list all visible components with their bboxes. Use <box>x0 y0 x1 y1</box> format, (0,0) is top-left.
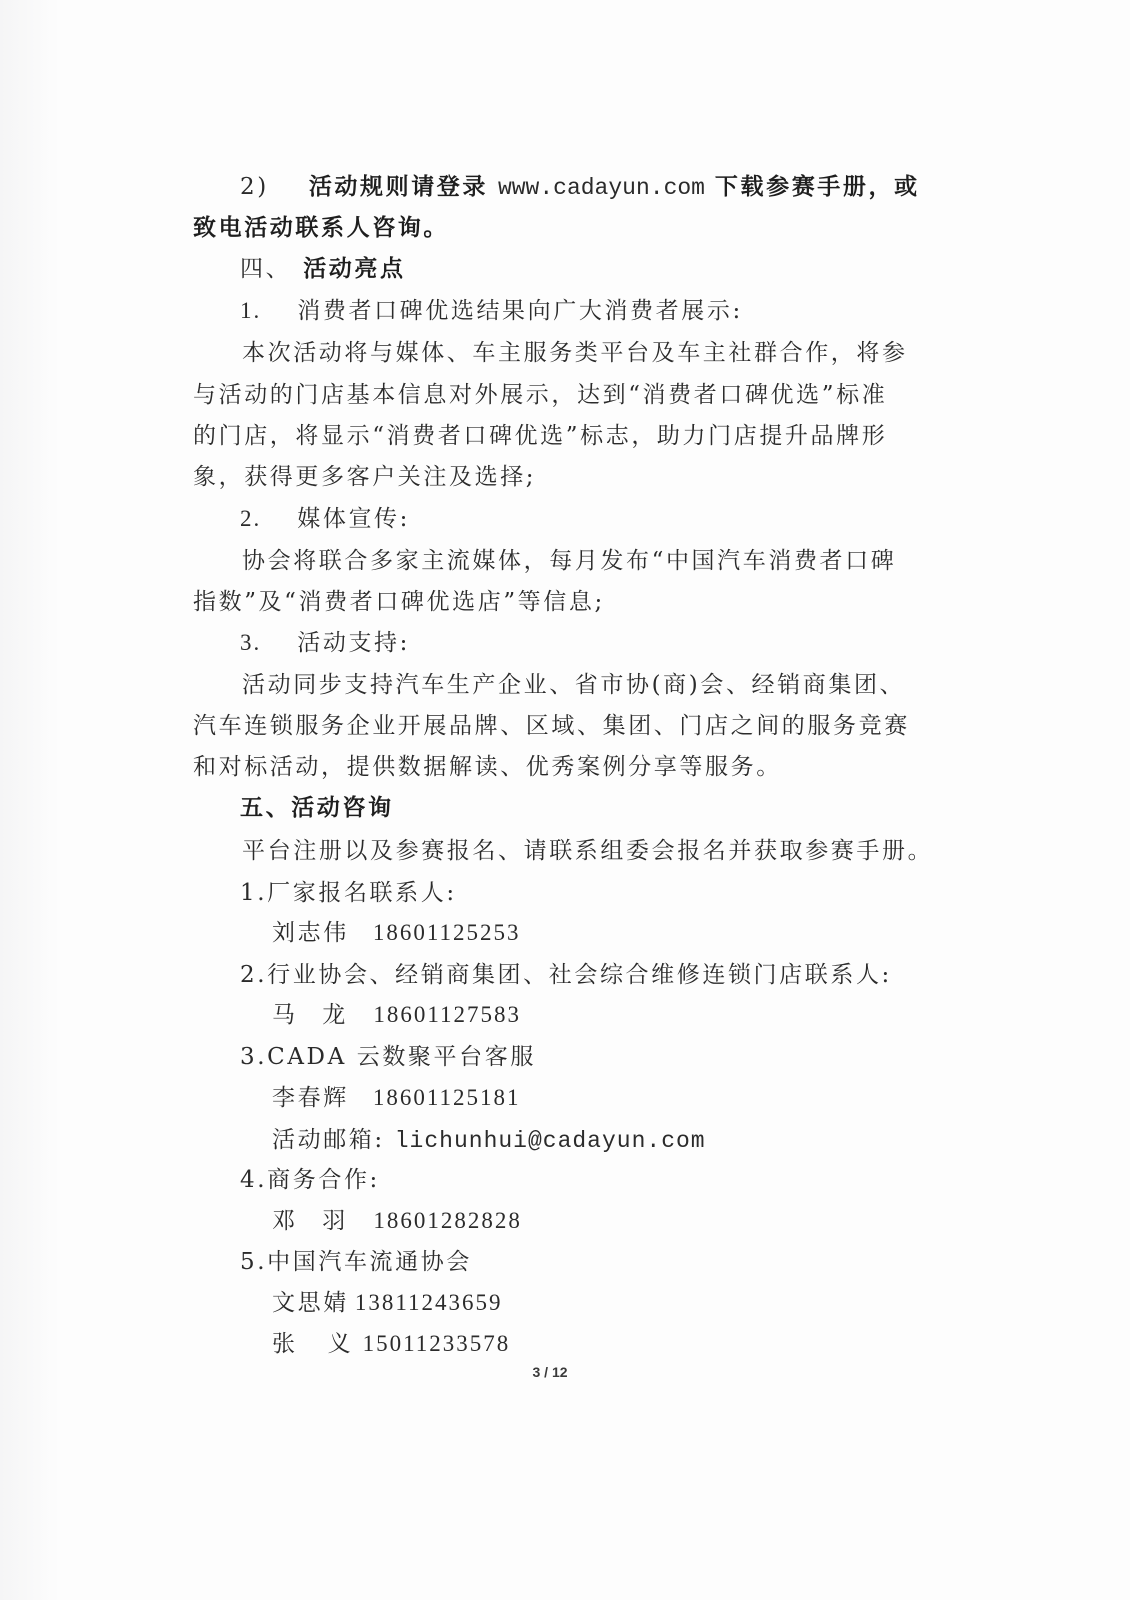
highlight-item-title: 消费者口碑优选结果向广大消费者展示: <box>297 298 743 324</box>
rules-item-number: 2) <box>240 174 269 200</box>
highlight-item-number: 2. <box>240 506 261 531</box>
section4-heading: 四、活动亮点 <box>240 254 406 284</box>
paragraph-line: 与活动的门店基本信息对外展示，达到“消费者口碑优选”标准 <box>193 380 887 410</box>
highlight-item-1-heading: 1.消费者口碑优选结果向广大消费者展示: <box>240 296 743 326</box>
contact-group-heading: 2.行业协会、经销商集团、社会综合维修连锁门店联系人: <box>240 960 892 990</box>
paragraph-line: 本次活动将与媒体、车主服务类平台及车主社群合作，将参 <box>242 338 908 368</box>
contact-person: 马 龙18601127583 <box>272 1000 521 1030</box>
contact-name: 文思婧 <box>272 1290 349 1316</box>
paragraph-line: 的门店，将显示“消费者口碑优选”标志，助力门店提升品牌形 <box>193 421 887 451</box>
highlight-item-number: 3. <box>240 630 261 655</box>
rules-item-text: 活动规则请登录 <box>309 173 488 200</box>
contact-phone[interactable]: 13811243659 <box>355 1290 503 1315</box>
highlight-item-2-heading: 2.媒体宣传: <box>240 504 410 534</box>
contact-phone[interactable]: 15011233578 <box>363 1331 511 1356</box>
contact-name: 邓 羽 <box>272 1208 355 1234</box>
contact-email-row: 活动邮箱:lichunhui@cadayun.com <box>272 1125 706 1156</box>
paragraph-line: 协会将联合多家主流媒体，每月发布“中国汽车消费者口碑 <box>242 546 896 576</box>
highlight-item-3-heading: 3.活动支持: <box>240 628 410 658</box>
contact-group-heading: 1.厂家报名联系人: <box>240 878 457 908</box>
contact-name: 李春辉 <box>272 1085 349 1111</box>
contact-phone[interactable]: 18601125181 <box>373 1085 521 1110</box>
rules-item-text-after: 下载参赛手册，或 <box>715 173 920 200</box>
contact-name: 马 龙 <box>272 1002 355 1028</box>
rules-item-line: 2)活动规则请登录 www.cadayun.com 下载参赛手册，或 <box>240 172 920 203</box>
paragraph-line: 指数”及“消费者口碑优选店”等信息; <box>193 587 605 617</box>
section4-title: 活动亮点 <box>303 255 405 282</box>
contact-phone[interactable]: 18601282828 <box>373 1208 522 1233</box>
contact-name: 刘志伟 <box>272 920 349 946</box>
paragraph-line: 汽车连锁服务企业开展品牌、区域、集团、门店之间的服务竞赛 <box>193 711 910 741</box>
email-link[interactable]: lichunhui@cadayun.com <box>395 1128 706 1154</box>
contact-phone[interactable]: 18601127583 <box>373 1002 521 1027</box>
section5-intro: 平台注册以及参赛报名、请联系组委会报名并获取参赛手册。 <box>242 836 933 866</box>
highlight-item-number: 1. <box>240 298 261 323</box>
paragraph-line: 活动同步支持汽车生产企业、省市协(商)会、经销商集团、 <box>242 670 905 700</box>
highlight-item-title: 媒体宣传: <box>297 506 410 532</box>
paragraph-line: 象，获得更多客户关注及选择; <box>193 462 536 492</box>
section5-title: 五、活动咨询 <box>240 793 394 823</box>
contact-person: 李春辉18601125181 <box>272 1083 520 1113</box>
rules-url-link[interactable]: www.cadayun.com <box>498 175 705 201</box>
section4-number: 四、 <box>240 256 291 282</box>
highlight-item-title: 活动支持: <box>297 630 410 656</box>
document-page: 2)活动规则请登录 www.cadayun.com 下载参赛手册，或 致电活动联… <box>0 0 1130 1600</box>
contact-group-heading: 3.CADA 云数聚平台客服 <box>240 1042 536 1072</box>
contact-person: 张 义15011233578 <box>272 1329 510 1359</box>
contact-phone[interactable]: 18601125253 <box>373 920 521 945</box>
contact-group-heading: 5.中国汽车流通协会 <box>240 1247 472 1277</box>
page-indicator: 3 / 12 <box>0 1364 1100 1380</box>
contact-name: 张 义 <box>272 1331 357 1357</box>
rules-item-continuation: 致电活动联系人咨询。 <box>193 213 449 243</box>
scan-shade <box>0 0 60 1600</box>
contact-person: 邓 羽18601282828 <box>272 1206 522 1236</box>
contact-group-heading: 4.商务合作: <box>240 1165 380 1195</box>
contact-person: 刘志伟18601125253 <box>272 918 520 948</box>
contact-person: 文思婧13811243659 <box>272 1288 502 1318</box>
email-label: 活动邮箱: <box>272 1127 385 1153</box>
paragraph-line: 和对标活动，提供数据解读、优秀案例分享等服务。 <box>193 752 782 782</box>
